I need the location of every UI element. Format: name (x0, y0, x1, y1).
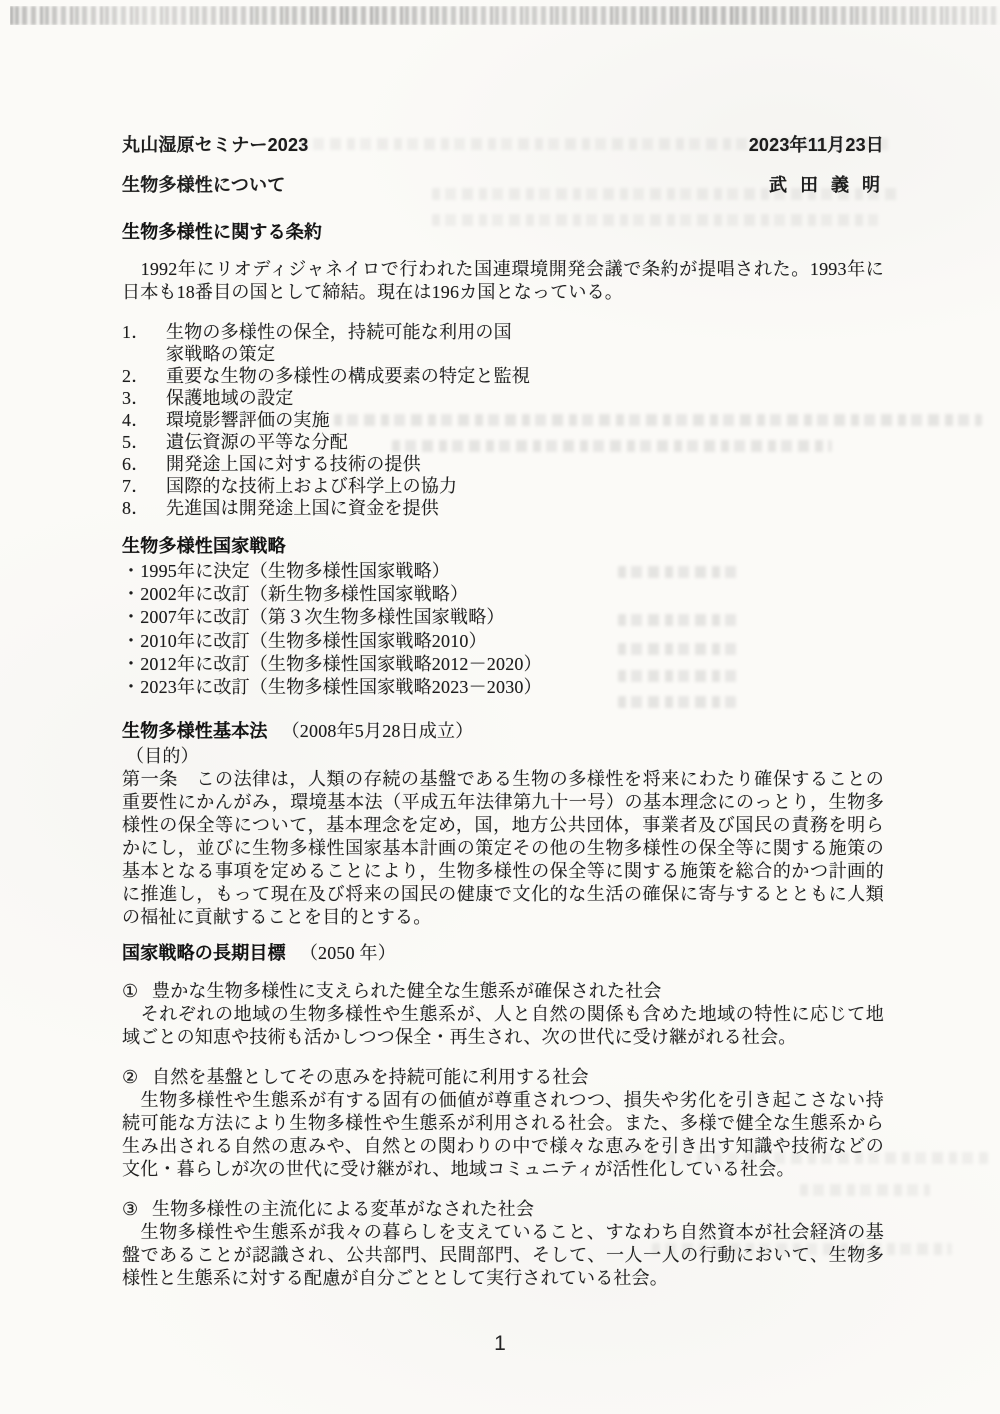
treaty-item: 6． 開発途上国に対する技術の提供 (122, 453, 884, 475)
strategy-item: ・2012年に改訂（生物多様性国家戦略2012－2020） (122, 653, 884, 676)
treaty-item: 4． 環境影響評価の実施 (122, 409, 884, 431)
treaty-item-text: 重要な生物の多様性の構成要素の特定と監視 (166, 365, 530, 387)
circled-number-2: ② (122, 1066, 152, 1089)
treaty-item-text: 保護地域の設定 (166, 387, 293, 409)
treaty-item-number: 2． (122, 365, 166, 387)
strategy-item: ・2007年に改訂（第３次生物多様性国家戦略） (122, 606, 884, 629)
treaty-item-number: 3． (122, 387, 166, 409)
document-title: 生物多様性について (122, 174, 285, 197)
section-heading-treaty: 生物多様性に関する条約 (122, 221, 884, 244)
scanned-document-page: 丸山湿原セミナー2023 2023年11月23日 生物多様性について 武 田 義… (0, 0, 1000, 1414)
goal-body-text: 生物多様性や生態系が我々の暮らしを支えていること、すなわち自然資本が社会経済の基… (122, 1221, 884, 1290)
goal-title-row: ② 自然を基盤としてその恵みを持続可能に利用する社会 (122, 1066, 884, 1089)
circled-number-3: ③ (122, 1198, 152, 1221)
treaty-item-number: 1． (122, 321, 166, 365)
treaty-item: 2． 重要な生物の多様性の構成要素の特定と監視 (122, 365, 884, 387)
strategy-item: ・2023年に改訂（生物多様性国家戦略2023－2030） (122, 676, 884, 699)
treaty-item: 1． 生物の多様性の保全，持続可能な利用の国 家戦略の策定 (122, 321, 884, 365)
strategy-item: ・2010年に改訂（生物多様性国家戦略2010） (122, 630, 884, 653)
goal-body-text: 生物多様性や生態系が有する固有の価値が尊重されつつ、損失や劣化を引き起こさない持… (122, 1089, 884, 1181)
treaty-item-text: 開発途上国に対する技術の提供 (166, 453, 421, 475)
goal-title-text: 生物多様性の主流化による変革がなされた社会 (152, 1198, 534, 1221)
seminar-title: 丸山湿原セミナー2023 (122, 134, 308, 157)
treaty-item-number: 4． (122, 409, 166, 431)
long-term-year-note: （2050 年） (300, 943, 396, 963)
goal-title-text: 自然を基盤としてその恵みを持続可能に利用する社会 (152, 1066, 589, 1089)
goal-item-1: ① 豊かな生物多様性に支えられた健全な生態系が確保された社会 それぞれの地域の生… (122, 980, 884, 1049)
document-body: 丸山湿原セミナー2023 2023年11月23日 生物多様性について 武 田 義… (122, 0, 884, 1290)
goal-title-row: ③ 生物多様性の主流化による変革がなされた社会 (122, 1198, 884, 1221)
treaty-item: 8． 先進国は開発途上国に資金を提供 (122, 497, 884, 519)
author-name: 武 田 義 明 (769, 174, 884, 197)
treaty-item: 3． 保護地域の設定 (122, 387, 884, 409)
header-row-2: 生物多様性について 武 田 義 明 (122, 174, 884, 197)
article-1-text: 第一条 この法律は，人類の存続の基盤である生物の多様性を将来にわたり確保すること… (122, 768, 884, 929)
goal-item-3: ③ 生物多様性の主流化による変革がなされた社会 生物多様性や生態系が我々の暮らし… (122, 1198, 884, 1290)
strategy-item: ・1995年に決定（生物多様性国家戦略） (122, 560, 884, 583)
basic-law-enactment-note: （2008年5月28日成立） (282, 721, 474, 741)
treaty-item-text: 遺伝資源の平等な分配 (166, 431, 348, 453)
section-heading-basic-law: 生物多様性基本法（2008年5月28日成立） (122, 720, 884, 743)
treaty-item: 5． 遺伝資源の平等な分配 (122, 431, 884, 453)
basic-law-title: 生物多様性基本法 (122, 721, 268, 741)
national-strategy-list: ・1995年に決定（生物多様性国家戦略） ・2002年に改訂（新生物多様性国家戦… (122, 560, 884, 699)
treaty-item: 7． 国際的な技術上および科学上の協力 (122, 475, 884, 497)
purpose-label: （目的） (122, 745, 884, 768)
treaty-item-number: 6． (122, 453, 166, 475)
strategy-item: ・2002年に改訂（新生物多様性国家戦略） (122, 583, 884, 606)
section-heading-national-strategy: 生物多様性国家戦略 (122, 535, 884, 558)
section-heading-long-term-goals: 国家戦略の長期目標（2050 年） (122, 942, 884, 965)
goal-item-2: ② 自然を基盤としてその恵みを持続可能に利用する社会 生物多様性や生態系が有する… (122, 1066, 884, 1181)
treaty-item-number: 8． (122, 497, 166, 519)
treaty-intro-paragraph: 1992年にリオディジャネイロで行われた国連環境開発会議で条約が提唱された。19… (122, 258, 884, 304)
treaty-obligation-list: 1． 生物の多様性の保全，持続可能な利用の国 家戦略の策定 2． 重要な生物の多… (122, 321, 884, 519)
page-number: 1 (0, 1332, 1000, 1356)
document-date: 2023年11月23日 (749, 134, 884, 157)
treaty-item-number: 7． (122, 475, 166, 497)
goal-body-text: それぞれの地域の生物多様性や生態系が、人と自然の関係も含めた地域の特性に応じて地… (122, 1003, 884, 1049)
goal-title-row: ① 豊かな生物多様性に支えられた健全な生態系が確保された社会 (122, 980, 884, 1003)
goal-title-text: 豊かな生物多様性に支えられた健全な生態系が確保された社会 (152, 980, 662, 1003)
treaty-item-text: 環境影響評価の実施 (166, 409, 330, 431)
header-row-1: 丸山湿原セミナー2023 2023年11月23日 (122, 134, 884, 157)
circled-number-1: ① (122, 980, 152, 1003)
treaty-item-text: 先進国は開発途上国に資金を提供 (166, 497, 439, 519)
treaty-item-text: 生物の多様性の保全，持続可能な利用の国 家戦略の策定 (166, 321, 512, 365)
treaty-item-text: 国際的な技術上および科学上の協力 (166, 475, 457, 497)
long-term-title: 国家戦略の長期目標 (122, 943, 286, 963)
treaty-item-number: 5． (122, 431, 166, 453)
